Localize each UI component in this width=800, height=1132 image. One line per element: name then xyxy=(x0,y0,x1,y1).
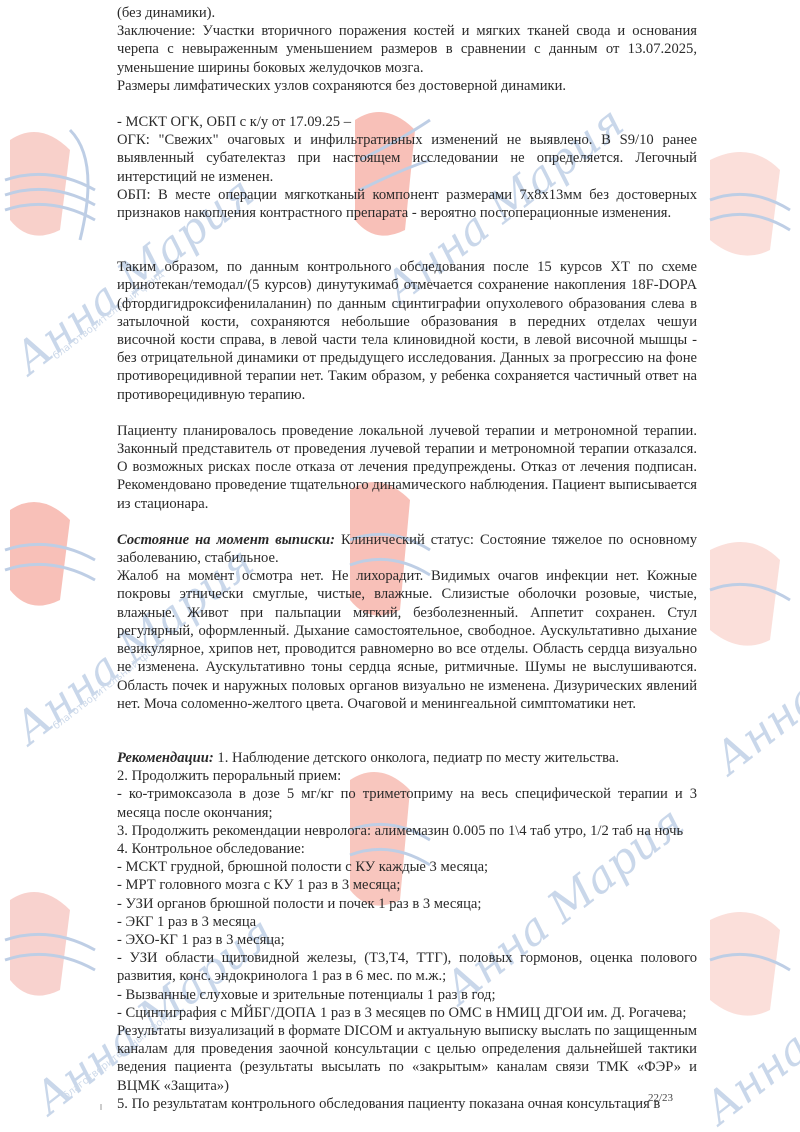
scan-mark xyxy=(100,1104,102,1110)
discharge-state-section: Состояние на момент выписки: Клинический… xyxy=(117,531,697,713)
charity-logo-watermark xyxy=(690,130,800,280)
charity-logo-watermark xyxy=(0,490,110,640)
recommendations-label: Рекомендации: xyxy=(117,750,214,766)
document-page: Анна Мария благотворительный фонд Анна М… xyxy=(0,0,800,1132)
recommendation-list: 2. Продолжить пероральный прием:- ко-три… xyxy=(117,767,697,1113)
conclusion-text: Заключение: Участки вторичного поражения… xyxy=(117,22,697,77)
recommendation-item: 3. Продолжить рекомендации невролога: ал… xyxy=(117,822,697,840)
recommendation-item: - Сцинтиграфия с МЙБГ/ДОПА 1 раз в 3 мес… xyxy=(117,1004,697,1022)
discharge-state-line: Состояние на момент выписки: Клинический… xyxy=(117,531,697,567)
treatment-refusal-paragraph: Пациенту планировалось проведение локаль… xyxy=(117,422,697,513)
recommendation-item: 1. Наблюдение детского онколога, педиатр… xyxy=(214,750,619,766)
recommendation-item: - МСКТ грудной, брюшной полости с КУ каж… xyxy=(117,858,697,876)
summary-paragraph: Таким образом, по данным контрольного об… xyxy=(117,258,697,404)
recommendation-item: - УЗИ органов брюшной полости и почек 1 … xyxy=(117,895,697,913)
recommendation-item: 2. Продолжить пероральный прием: xyxy=(117,767,697,785)
lymph-nodes-text: Размеры лимфатических узлов сохраняются … xyxy=(117,77,697,95)
msct-heading: - МСКТ ОГК, ОБП с к/у от 17.09.25 – xyxy=(117,113,697,131)
recommendation-line: Рекомендации: 1. Наблюдение детского онк… xyxy=(117,749,697,767)
charity-logo-watermark xyxy=(0,880,110,1030)
charity-logo-watermark xyxy=(0,120,110,260)
ogk-text: ОГК: "Свежих" очаговых и инфильтративных… xyxy=(117,131,697,186)
text-line: (без динамики). xyxy=(117,4,697,22)
recommendation-item: - Вызванные слуховые и зрительные потенц… xyxy=(117,986,697,1004)
examination-text: Жалоб на момент осмотра нет. Не лихоради… xyxy=(117,567,697,713)
recommendation-item: 4. Контрольное обследование: xyxy=(117,840,697,858)
recommendation-item: - ЭХО-КГ 1 раз в 3 месяца; xyxy=(117,931,697,949)
discharge-state-label: Состояние на момент выписки: xyxy=(117,532,335,548)
recommendation-item: - ЭКГ 1 раз в 3 месяца xyxy=(117,913,697,931)
ct-head-conclusion: (без динамики). Заключение: Участки втор… xyxy=(117,4,697,95)
document-body: (без динамики). Заключение: Участки втор… xyxy=(117,0,697,1113)
recommendation-item: - ко-тримоксазола в дозе 5 мг/кг по трим… xyxy=(117,785,697,821)
obp-text: ОБП: В месте операции мягкотканый компон… xyxy=(117,186,697,222)
msct-section: - МСКТ ОГК, ОБП с к/у от 17.09.25 – ОГК:… xyxy=(117,113,697,222)
charity-logo-watermark xyxy=(690,520,800,670)
page-number: 22/23 xyxy=(648,1092,673,1104)
recommendation-item: Результаты визуализаций в формате DICOM … xyxy=(117,1022,697,1095)
recommendation-item: - МРТ головного мозга с КУ 1 раз в 3 мес… xyxy=(117,876,697,894)
recommendation-item: - УЗИ области щитовидной железы, (Т3,Т4,… xyxy=(117,949,697,985)
recommendation-item: 5. По результатам контрольного обследова… xyxy=(117,1095,697,1113)
charity-logo-watermark xyxy=(690,890,800,1040)
recommendations-section: Рекомендации: 1. Наблюдение детского онк… xyxy=(117,749,697,1113)
